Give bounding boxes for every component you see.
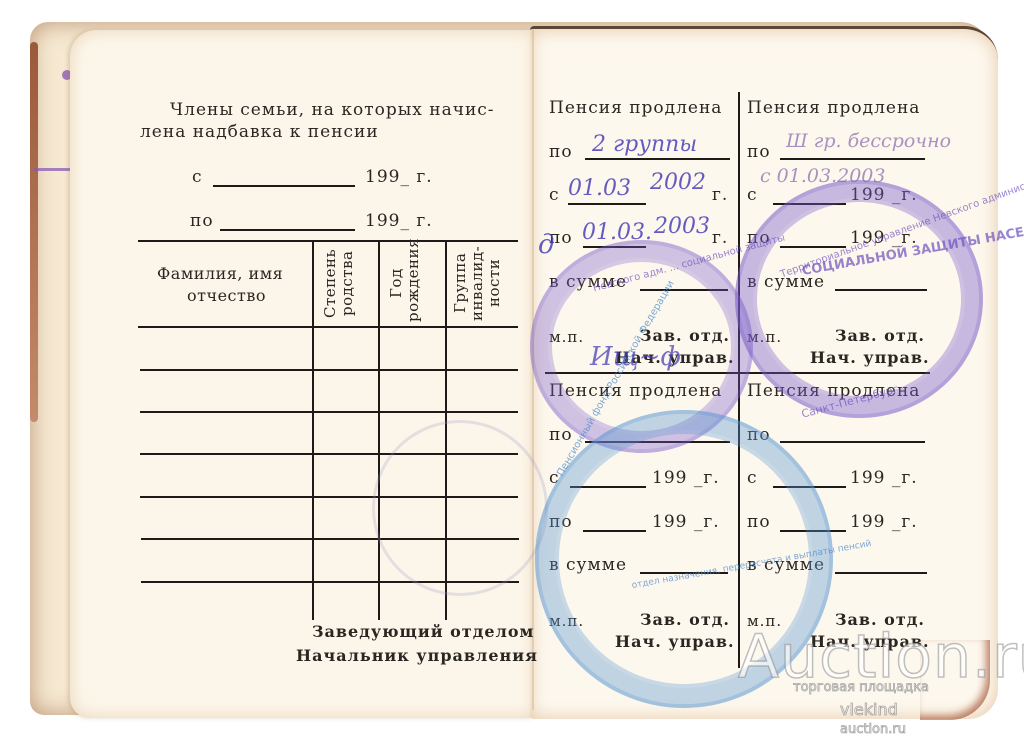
- block2-head-admin: Нач. управ.: [810, 348, 930, 367]
- block3-to-field[interactable]: [583, 530, 646, 532]
- table-top-rule: [138, 240, 518, 242]
- block2-po-label: по: [747, 142, 771, 162]
- block1-from-field[interactable]: [568, 203, 646, 205]
- block1-to-value: 01.03.: [582, 220, 652, 245]
- block1-from-value: 01.03: [568, 176, 631, 201]
- block2-po-value2: с 01.03.2003: [760, 165, 885, 187]
- table-row[interactable]: [140, 453, 518, 455]
- block2-sum-field[interactable]: [835, 289, 927, 291]
- header-name-line1: Фамилия, имя: [157, 264, 283, 283]
- watermark-tagline: торговая площадка: [793, 680, 929, 695]
- block1-to-year-suffix: г.: [712, 228, 728, 248]
- middle-divider: [545, 372, 930, 374]
- from-year-label: 199_ г.: [365, 167, 433, 187]
- signature-head-of-department: Заведующий отделом: [312, 622, 534, 641]
- to-date-field[interactable]: [220, 229, 355, 231]
- block1-from-year: 2002: [650, 170, 706, 195]
- block2-title: Пенсия продлена: [747, 98, 920, 118]
- block3-head-dept: Зав. отд.: [640, 610, 730, 629]
- watermark-seller: vlekind: [840, 700, 898, 719]
- block2-from-label: с: [747, 185, 758, 205]
- header-name-line2: отчество: [187, 286, 266, 305]
- header-birth-year: Год рождения: [388, 244, 422, 322]
- block2-po-field[interactable]: [780, 158, 925, 160]
- block3-head-admin: Нач. управ.: [615, 632, 735, 651]
- block3-seal-label: м.п.: [549, 612, 584, 630]
- center-divider: [738, 92, 740, 668]
- block4-from-field[interactable]: [773, 486, 846, 488]
- column-divider: [312, 240, 314, 620]
- header-relation-line2: родства: [338, 250, 356, 315]
- block1-to-year: 2003: [654, 214, 710, 239]
- table-row[interactable]: [140, 496, 518, 498]
- block4-to-field[interactable]: [780, 530, 846, 532]
- header-disability-group: Группа инвалид- ности: [452, 244, 503, 322]
- header-disability-line3: ности: [485, 259, 503, 307]
- block2-po-value: Ш гр. бессрочно: [786, 130, 951, 152]
- table-row[interactable]: [140, 411, 518, 413]
- block2-seal-label: м.п.: [747, 328, 782, 346]
- column-divider: [378, 240, 380, 620]
- block2-from-year: 199 _г.: [850, 185, 918, 205]
- signature-head-of-administration: Начальник управления: [296, 646, 538, 665]
- block1-po-field[interactable]: [585, 158, 730, 160]
- from-date-field[interactable]: [213, 185, 355, 187]
- block4-to-label: по: [747, 512, 771, 532]
- block4-sum-field[interactable]: [835, 572, 927, 574]
- header-birth-line1: Год: [387, 268, 405, 298]
- header-relation-line1: Степень: [321, 248, 339, 317]
- block1-seal-label: м.п.: [549, 328, 584, 346]
- block1-po-label: по: [549, 142, 573, 162]
- block4-po-field[interactable]: [780, 441, 925, 443]
- block4-from-label: с: [747, 468, 758, 488]
- block1-to-field[interactable]: [583, 246, 646, 248]
- block2-to-field[interactable]: [780, 246, 846, 248]
- table-row[interactable]: [140, 369, 518, 371]
- block4-to-year: 199 _г.: [850, 512, 918, 532]
- from-label: с: [192, 167, 203, 187]
- header-birth-line2: рождения: [404, 238, 422, 322]
- block3-po-label: по: [549, 425, 573, 445]
- block3-from-field[interactable]: [570, 486, 646, 488]
- ink-mark: [34, 168, 70, 171]
- block2-from-field[interactable]: [773, 203, 846, 205]
- family-heading-line2: лена надбавка к пенсии: [140, 122, 379, 142]
- table-row[interactable]: [141, 538, 519, 540]
- column-divider: [445, 240, 447, 620]
- to-label: по: [190, 211, 214, 231]
- family-heading-line1: Члены семьи, на которых начис-: [170, 100, 495, 120]
- block2-head-dept: Зав. отд.: [835, 326, 925, 345]
- handwritten-mark: д: [538, 230, 554, 260]
- block3-from-year: 199 _г.: [652, 468, 720, 488]
- block1-po-value: 2 группы: [592, 132, 697, 157]
- block3-po-field[interactable]: [585, 441, 730, 443]
- block4-from-year: 199 _г.: [850, 468, 918, 488]
- watermark-domain: auction.ru: [840, 722, 906, 737]
- booklet-spine: [532, 30, 534, 710]
- block3-sum-label: в сумме: [549, 555, 627, 575]
- block3-title: Пенсия продлена: [549, 381, 722, 401]
- table-row[interactable]: [141, 581, 519, 583]
- block3-to-label: по: [549, 512, 573, 532]
- header-disability-line2: инвалид-: [468, 245, 486, 320]
- block1-from-label: с: [549, 185, 560, 205]
- to-year-label: 199_ г.: [365, 211, 433, 231]
- block1-sum-field[interactable]: [640, 289, 728, 291]
- block1-from-year-suffix: г.: [712, 185, 728, 205]
- table-header-rule: [138, 326, 518, 328]
- header-disability-line1: Группа: [451, 253, 469, 313]
- block1-title: Пенсия продлена: [549, 98, 722, 118]
- header-relation: Степень родства: [322, 244, 356, 322]
- block4-po-label: по: [747, 425, 771, 445]
- block3-to-year: 199 _г.: [652, 512, 720, 532]
